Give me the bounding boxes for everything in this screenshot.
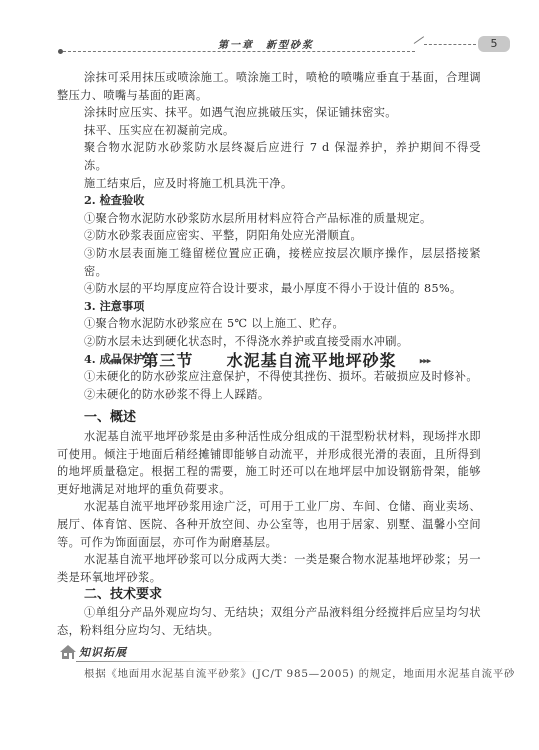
- header-dashed-rule-right: [424, 44, 476, 45]
- page-number-badge: 5: [478, 36, 510, 52]
- triple-arrow-right-icon: ▸▸▸: [420, 357, 431, 367]
- subsection-heading: 2. 检查验收: [57, 192, 481, 210]
- knowledge-text: 根据《地面用水泥基自流平砂浆》(JC/T 985—2005) 的规定，地面用水泥…: [84, 665, 484, 680]
- list-item: ①聚合物水泥防水砂浆应在 5℃ 以上施工、贮存。: [57, 315, 481, 333]
- paragraph: ①单组分产品外观应均匀、无结块；双组分产品液料组分经搅拌后应呈均匀状态，粉料组分…: [57, 604, 481, 639]
- section-number: 第三节: [142, 351, 193, 370]
- overview-body: 水泥基自流平地坪砂浆是由多种活性成分组成的干混型粉状材料，现场拌水即可使用。倾注…: [57, 428, 481, 586]
- tech-heading: 二、技术要求: [84, 583, 162, 602]
- list-item: ①聚合物水泥防水砂浆防水层所用材料应符合产品标准的质量规定。: [57, 210, 481, 228]
- knowledge-rule: [76, 661, 266, 662]
- section-title: ◂◂◂ 第三节 水泥基自流平地坪砂浆 ▸▸▸: [0, 348, 539, 371]
- header-slant-rule: [414, 36, 424, 44]
- knowledge-extension-box: 知识拓展: [60, 643, 480, 663]
- list-item: ④防水层的平均厚度应符合设计要求，最小厚度不得小于设计值的 85%。: [57, 280, 481, 298]
- paragraph: 水泥基自流平地坪砂浆用途广泛，可用于工业厂房、车间、仓储、商业卖场、展厅、体育馆…: [57, 498, 481, 551]
- header-dashed-rule: [63, 51, 415, 52]
- chapter-title: 第一章 新型砂浆: [218, 36, 314, 51]
- subsection-heading: 3. 注意事项: [57, 298, 481, 316]
- paragraph: 水泥基自流平地坪砂浆可以分成两大类：一类是聚合物水泥基地坪砂浆；另一类是环氧地坪…: [57, 551, 481, 586]
- list-item: ②防水砂浆表面应密实、平整，阴阳角处应光滑顺直。: [57, 227, 481, 245]
- section-name: 水泥基自流平地坪砂浆: [227, 351, 397, 370]
- paragraph: 涂抹时应压实、抹平。如遇气泡应挑破压实，保证铺抹密实。: [57, 104, 481, 122]
- paragraph: 抹平、压实应在初凝前完成。: [57, 122, 481, 140]
- running-header: 第一章 新型砂浆 5: [0, 0, 539, 60]
- paragraph: 施工结束后，应及时将施工机具洗干净。: [57, 175, 481, 193]
- triple-arrow-left-icon: ◂◂◂: [109, 357, 120, 367]
- paragraph: 聚合物水泥防水砂浆防水层终凝后应进行 7 d 保湿养护，养护期间不得受冻。: [57, 139, 481, 174]
- house-icon: [60, 645, 76, 659]
- list-item: ③防水层表面施工缝留槎位置应正确，接槎应按层次顺序操作，层层搭接紧密。: [57, 245, 481, 280]
- list-item: ②未硬化的防水砂浆不得上人踩踏。: [57, 386, 481, 404]
- paragraph: 水泥基自流平地坪砂浆是由多种活性成分组成的干混型粉状材料，现场拌水即可使用。倾注…: [57, 428, 481, 498]
- paragraph: 涂抹可采用抹压或喷涂施工。喷涂施工时，喷枪的喷嘴应垂直于基面，合理调整压力、喷嘴…: [57, 69, 481, 104]
- knowledge-label: 知识拓展: [79, 644, 127, 660]
- overview-heading: 一、概述: [84, 406, 136, 425]
- tech-body: ①单组分产品外观应均匀、无结块；双组分产品液料组分经搅拌后应呈均匀状态，粉料组分…: [57, 604, 481, 639]
